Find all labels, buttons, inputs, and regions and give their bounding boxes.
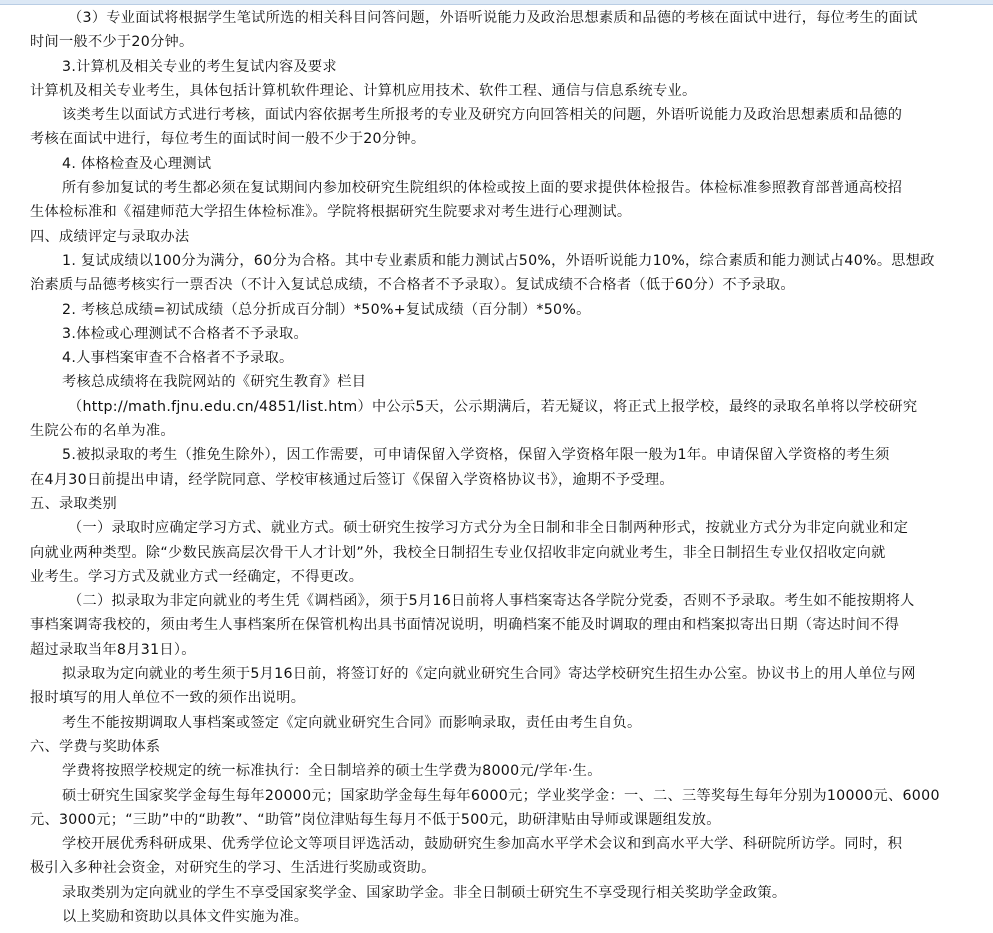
section-heading: 四、成绩评定与录取办法	[30, 225, 993, 249]
text-line: 4.人事档案审查不合格者不予录取。	[30, 346, 993, 370]
text-line: 超过录取当年8月31日）。	[30, 638, 993, 662]
text-line: 事档案调寄我校的，须由考生人事档案所在保管机构出具书面情况说明，明确档案不能及时…	[30, 613, 993, 637]
text-line: 考核在面试中进行，每位考生的面试时间一般不少于20分钟。	[30, 127, 993, 151]
text-line: 计算机及相关专业考生，具体包括计算机软件理论、计算机应用技术、软件工程、通信与信…	[30, 79, 993, 103]
text-line: 录取类别为定向就业的学生不享受国家奖学金、国家助学金。非全日制硕士研究生不享受现…	[30, 881, 993, 905]
section-heading: 五、录取类别	[30, 492, 993, 516]
text-line: （3）专业面试将根据学生笔试所选的相关科目问答问题，外语听说能力及政治思想素质和…	[30, 6, 993, 30]
text-line: 业考生。学习方式及就业方式一经确定，不得更改。	[30, 565, 993, 589]
text-line: 以上奖励和资助以具体文件实施为准。	[30, 905, 993, 929]
text-line: 硕士研究生国家奖学金每生每年20000元；国家助学金每生每年6000元；学业奖学…	[30, 784, 993, 808]
text-line: 考生不能按期调取人事档案或签定《定向就业研究生合同》而影响录取，责任由考生自负。	[30, 711, 993, 735]
section-subheading: 3.计算机及相关专业的考生复试内容及要求	[30, 55, 993, 79]
text-line: 学校开展优秀科研成果、优秀学位论文等项目评选活动，鼓励研究生参加高水平学术会议和…	[30, 832, 993, 856]
text-line: 所有参加复试的考生都必须在复试期间内参加校研究生院组织的体检或按上面的要求提供体…	[30, 176, 993, 200]
text-line: 报时填写的用人单位不一致的须作出说明。	[30, 686, 993, 710]
url-line: （http://math.fjnu.edu.cn/4851/list.htm）中…	[30, 395, 993, 419]
text-line: 2. 考核总成绩=初试成绩（总分折成百分制）*50%+复试成绩（百分制）*50%…	[30, 298, 993, 322]
text-line: 向就业两种类型。除“少数民族高层次骨干人才计划”外，我校全日制招生专业仅招收非定…	[30, 541, 993, 565]
text-line: （二）拟录取为非定向就业的考生凭《调档函》，须于5月16日前将人事档案寄达各学院…	[30, 589, 993, 613]
text-line: 生院公布的名单为准。	[30, 419, 993, 443]
text-line: 在4月30日前提出申请，经学院同意、学校审核通过后签订《保留入学资格协议书》，逾…	[30, 468, 993, 492]
text-line: 1. 复试成绩以100分为满分，60分为合格。其中专业素质和能力测试占50%，外…	[30, 249, 993, 273]
text-line: 5.被拟录取的考生（推免生除外），因工作需要，可申请保留入学资格，保留入学资格年…	[30, 443, 993, 467]
browser-chrome-strip	[0, 0, 993, 5]
text-line: 拟录取为定向就业的考生须于5月16日前，将签订好的《定向就业研究生合同》寄达学校…	[30, 662, 993, 686]
text-line: 学费将按照学校规定的统一标准执行：全日制培养的硕士生学费为8000元/学年·生。	[30, 759, 993, 783]
text-line: 考核总成绩将在我院网站的《研究生教育》栏目	[30, 370, 993, 394]
section-subheading: 4. 体格检查及心理测试	[30, 152, 993, 176]
text-line: 治素质与品德考核实行一票否决（不计入复试总成绩，不合格者不予录取）。复试成绩不合…	[30, 273, 993, 297]
text-line: 时间一般不少于20分钟。	[30, 30, 993, 54]
text-line: 3.体检或心理测试不合格者不予录取。	[30, 322, 993, 346]
section-heading: 六、学费与奖助体系	[30, 735, 993, 759]
document-body: （3）专业面试将根据学生笔试所选的相关科目问答问题，外语听说能力及政治思想素质和…	[30, 6, 993, 929]
text-line: 生体检标准和《福建师范大学招生体检标准》。学院将根据研究生院要求对考生进行心理测…	[30, 200, 993, 224]
text-line: （一）录取时应确定学习方式、就业方式。硕士研究生按学习方式分为全日制和非全日制两…	[30, 516, 993, 540]
text-line: 该类考生以面试方式进行考核，面试内容依据考生所报考的专业及研究方向回答相关的问题…	[30, 103, 993, 127]
text-line: 极引入多种社会资金，对研究生的学习、生活进行奖励或资助。	[30, 856, 993, 880]
text-line: 元、3000元；“三助”中的“助教”、“助管”岗位津贴每生每月不低于500元，助…	[30, 808, 993, 832]
